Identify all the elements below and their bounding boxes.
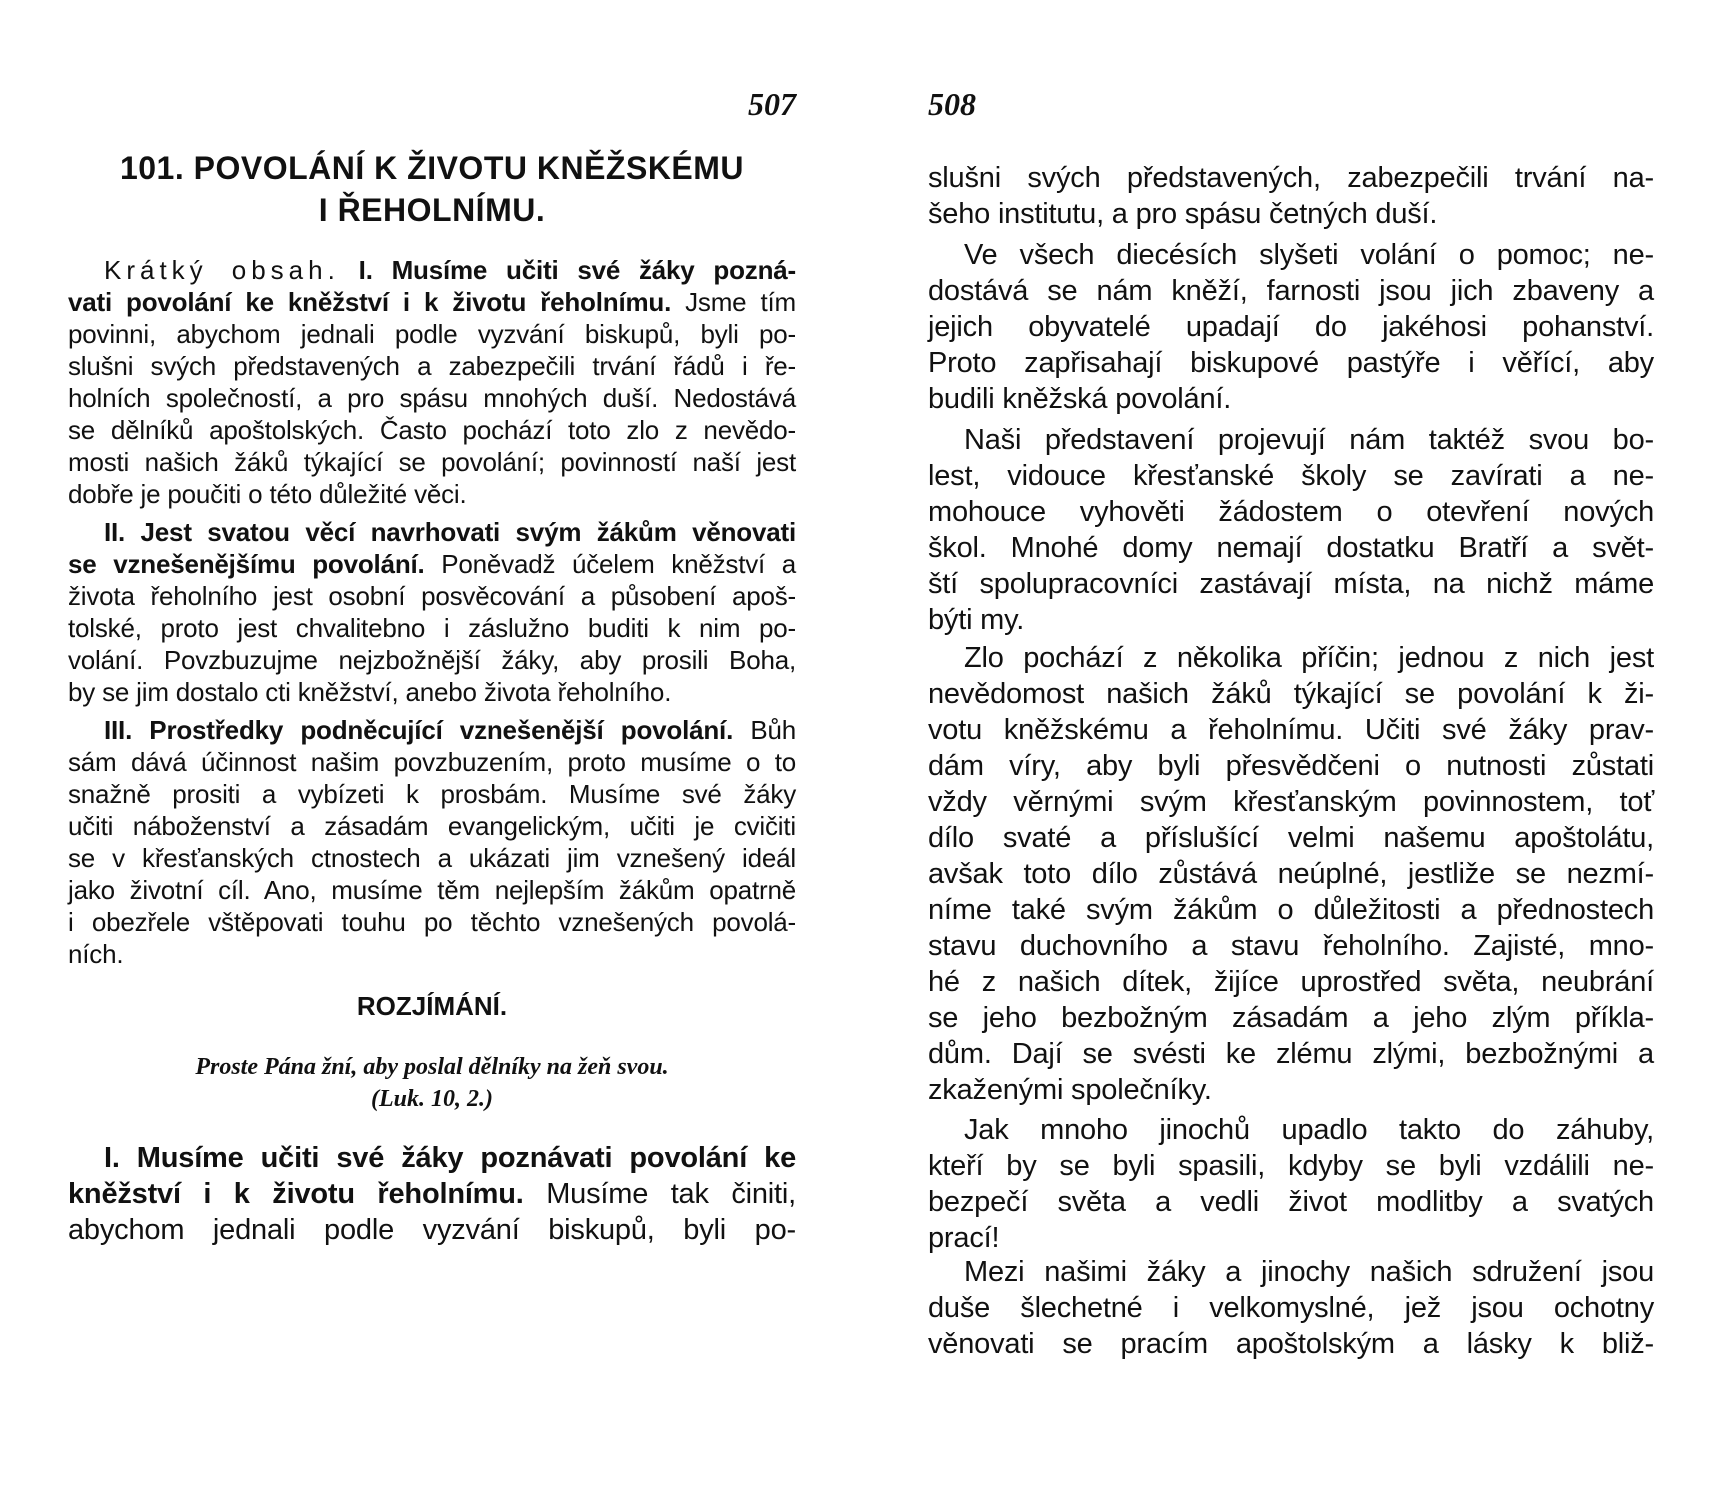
section1-heading: I. Musíme učiti své žáky poznávati povol… [68, 1140, 796, 1176]
body-line: votu kněžskému a řeholnímu. Učiti své žá… [928, 712, 1654, 748]
body-line: mohouce vyhověti žádostem o otevření nov… [928, 494, 1654, 530]
summary-line: učiti náboženství a zásadám evangelickým… [68, 810, 796, 842]
body-line: Proto zapřisahají biskupové pastýře i vě… [928, 345, 1654, 381]
body-line: jejich obyvatelé upadají do jakéhosi poh… [928, 309, 1654, 345]
page-number-right: 508 [928, 86, 976, 123]
body-line: avšak toto dílo zůstává neúplné, jestliž… [928, 856, 1654, 892]
summary-line: dobře je poučiti o této důležité věci. [68, 478, 796, 510]
scripture-reference: (Luk. 10, 2.) [68, 1084, 796, 1114]
summary-line: holních společností, a pro spásu mnohých… [68, 382, 796, 414]
body-line: věnovati se pracím apoštolským a lásky k… [928, 1326, 1654, 1362]
body-line: Zlo pochází z několika příčin; jednou z … [928, 640, 1654, 676]
scripture-motto: Proste Pána žní, aby poslal dělníky na ž… [68, 1052, 796, 1082]
summary-line: by se jim dostalo cti kněžství, anebo ži… [68, 676, 796, 708]
summary-line: jako životní cíl. Ano, musíme těm nejlep… [68, 874, 796, 906]
body-line: hé z našich dítek, žijíce uprostřed svět… [928, 964, 1654, 1000]
body-line: se jeho bezbožným zásadám a jeho zlým př… [928, 1000, 1654, 1036]
summary-line: III. Prostředky podněcující vznešenější … [68, 714, 796, 746]
summary-line: mosti našich žáků týkající se povolání; … [68, 446, 796, 478]
body-line: prací! [928, 1220, 1654, 1256]
page-number-left: 507 [748, 86, 796, 123]
summary-line: tolské, proto jest chvalitebno i záslužn… [68, 612, 796, 644]
body-line: dostává se nám kněží, farnosti jsou jich… [928, 273, 1654, 309]
body-line: slušni svých představených, zabezpečili … [928, 160, 1654, 196]
body-line: bezpečí světa a vedli život modlitby a s… [928, 1184, 1654, 1220]
summary-label: Krátký obsah. [104, 255, 340, 285]
body-line: duše šlechetné i velkomyslné, jež jsou o… [928, 1290, 1654, 1326]
body-line: ští spolupracovníci zastávají místa, na … [928, 566, 1654, 602]
body-line: zkaženými společníky. [928, 1072, 1654, 1108]
body-line: budili kněžská povolání. [928, 381, 1654, 417]
summary-line: slušni svých představených a zabezpečili… [68, 350, 796, 382]
summary-point1-heading: I. Musíme učiti své žáky pozná- [359, 255, 796, 285]
summary-line: Krátký obsah. I. Musíme učiti své žáky p… [68, 254, 796, 286]
summary-line: života řeholního jest osobní posvěcování… [68, 580, 796, 612]
summary-line: volání. Povzbuzujme nejzbožnější žáky, a… [68, 644, 796, 676]
summary-point3-heading: III. Prostředky podněcující vznešenější … [104, 715, 733, 745]
body-line: kteří by se byli spasili, kdyby se byli … [928, 1148, 1654, 1184]
summary-line: i obezřele vštěpovati touhu po těchto vz… [68, 906, 796, 938]
chapter-title-line1: 101. POVOLÁNÍ K ŽIVOTU KNĚŽSKÉMU [68, 148, 796, 188]
summary-point2-heading: II. Jest svatou věcí navrhovati svým žák… [68, 516, 796, 548]
summary-line: povinni, abychom jednali podle vyzvání b… [68, 318, 796, 350]
body-line: dům. Dají se svésti ke zlému zlými, bezb… [928, 1036, 1654, 1072]
body-line: níme také svým žákům o důležitosti a pře… [928, 892, 1654, 928]
body-line: Jak mnoho jinochů upadlo takto do záhuby… [928, 1112, 1654, 1148]
chapter-title-line2: I ŘEHOLNÍMU. [68, 190, 796, 230]
body-line: škol. Mnohé domy nemají dostatku Bratří … [928, 530, 1654, 566]
body-line: vždy věrnými svým křesťanským povinnoste… [928, 784, 1654, 820]
body-line: Ve všech diecésích slyšeti volání o pomo… [928, 237, 1654, 273]
body-line: Mezi našimi žáky a jinochy našich sdruže… [928, 1254, 1654, 1290]
body-line: nevědomost našich žáků týkající se povol… [928, 676, 1654, 712]
body-line: abychom jednali podle vyzvání biskupů, b… [68, 1212, 796, 1248]
summary-line: se dělníků apoštolských. Často pochází t… [68, 414, 796, 446]
summary-line: sám dává účinnost našim povzbuzením, pro… [68, 746, 796, 778]
body-line: kněžství i k životu řeholnímu. Musíme ta… [68, 1176, 796, 1212]
body-line: dám víry, aby byli přesvědčeni o nutnost… [928, 748, 1654, 784]
body-line: stavu duchovního a stavu řeholního. Zaji… [928, 928, 1654, 964]
summary-line: snažně prositi a vybízeti k prosbám. Mus… [68, 778, 796, 810]
body-line: dílo svaté a příslušící velmi našemu apo… [928, 820, 1654, 856]
meditation-heading: ROZJÍMÁNÍ. [68, 990, 796, 1022]
body-line: šeho institutu, a pro spásu četných duší… [928, 196, 1654, 232]
summary-line: ních. [68, 938, 796, 970]
body-line: Naši představení projevují nám taktéž sv… [928, 422, 1654, 458]
summary-line: se v křesťanských ctnostech a ukázati ji… [68, 842, 796, 874]
summary-line: se vznešenějšímu povolání. Poněvadž účel… [68, 548, 796, 580]
summary-line: vati povolání ke kněžství i k životu řeh… [68, 286, 796, 318]
body-line: býti my. [928, 602, 1654, 638]
body-line: lest, vidouce křesťanské školy se zavíra… [928, 458, 1654, 494]
